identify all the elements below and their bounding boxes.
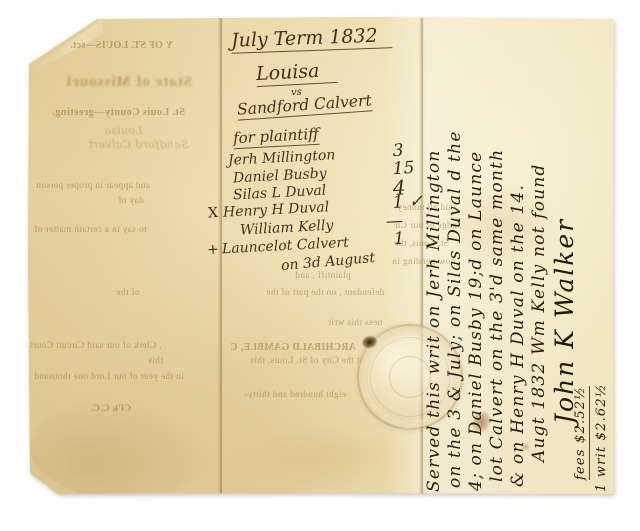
ghost-print-this: this: [148, 356, 163, 366]
ghost-print-greeting-line: St. Louis County—greeting.: [52, 107, 185, 118]
writ-fee-line: 1 writ $2.62½: [594, 14, 615, 494]
ghost-print-clerk-cc: Cl'k C.C.: [90, 404, 131, 414]
fold-crease-left: [218, 0, 224, 531]
defendant-text: Sandford Calvert: [237, 91, 373, 120]
witness-prefix: +: [207, 242, 220, 259]
term-text: July Term 1832: [231, 24, 392, 54]
ghost-print-day-of: day of: [118, 196, 144, 206]
ghost-print-appear-line: and appear in proper person: [36, 181, 150, 191]
aged-paper-sheet: Y OF ST. LOUIS—sct. State of Missouri St…: [0, 0, 640, 531]
ghost-print-defendant-line: defendant , on the part of the: [266, 288, 384, 298]
return-line: Augt 1832 Wm Kelly not found: [529, 14, 550, 494]
paper-shadow: Y OF ST. LOUIS—sct. State of Missouri St…: [0, 0, 640, 531]
witness-prefix: X: [208, 205, 219, 221]
ghost-handwriting-plaintiff: Louisa: [104, 124, 143, 137]
for-plaintiff-text: for plaintiff: [233, 125, 320, 149]
ghost-print-matter-line: to say in a certain matter of: [34, 225, 147, 235]
term-line: July Term 1832: [231, 24, 392, 52]
return-line: Served this writ on Jerh Millington: [424, 14, 445, 494]
plaintiff-text: Louisa: [255, 59, 338, 87]
ghost-handwriting-defendant: Sandford Calvert: [88, 138, 188, 151]
for-plaintiff-line: for plaintiff: [233, 125, 320, 147]
witness-tally-mark: 1: [393, 229, 405, 250]
return-line: on the 3 & July; on Silas Duval d the: [445, 14, 466, 494]
ghost-print-city-line: at the City of St. Louis, this: [250, 356, 364, 366]
return-line: & on Henry H Duval on the 14.: [508, 14, 529, 494]
ghost-print-county-heading: Y OF ST. LOUIS—sct.: [70, 40, 173, 51]
ghost-print-witness-writ: ness this writ: [328, 318, 382, 328]
scanned-document-page: Y OF ST. LOUIS—sct. State of Missouri St…: [0, 0, 640, 531]
plaintiff-name: Louisa: [255, 59, 337, 85]
return-line: lot Calvert on the 3'd same month: [487, 14, 508, 494]
ghost-print-plaintiff-and: plaintiff , and: [295, 271, 351, 281]
witness-tally-mark: 1 ✓: [392, 191, 423, 213]
sheriff-signature: John K Walker: [550, 14, 573, 494]
sheriffs-return-rotated-block: Served this writ on Jerh Millington on t…: [424, 14, 612, 494]
defendant-name: Sandford Calvert: [237, 91, 373, 118]
ghost-print-year-line: in the year of our Lord one thousand: [34, 372, 184, 382]
ghost-print-year-words: eight hundred and thirty-: [244, 390, 346, 400]
ghost-print-clerk-line: , Clerk of our said Circuit Court: [30, 341, 162, 351]
fees-text: fees $2.52½: [573, 386, 590, 480]
return-line: 4; on Daniel Busby 19;d on Launce: [466, 14, 487, 494]
stain: [228, 425, 413, 490]
ghost-print-of-the: of the: [116, 288, 140, 298]
ghost-print-gamble-clerk: ARCHIBALD GAMBLE, C: [230, 342, 356, 353]
ghost-print-state-heading: State of Missouri: [66, 74, 192, 91]
